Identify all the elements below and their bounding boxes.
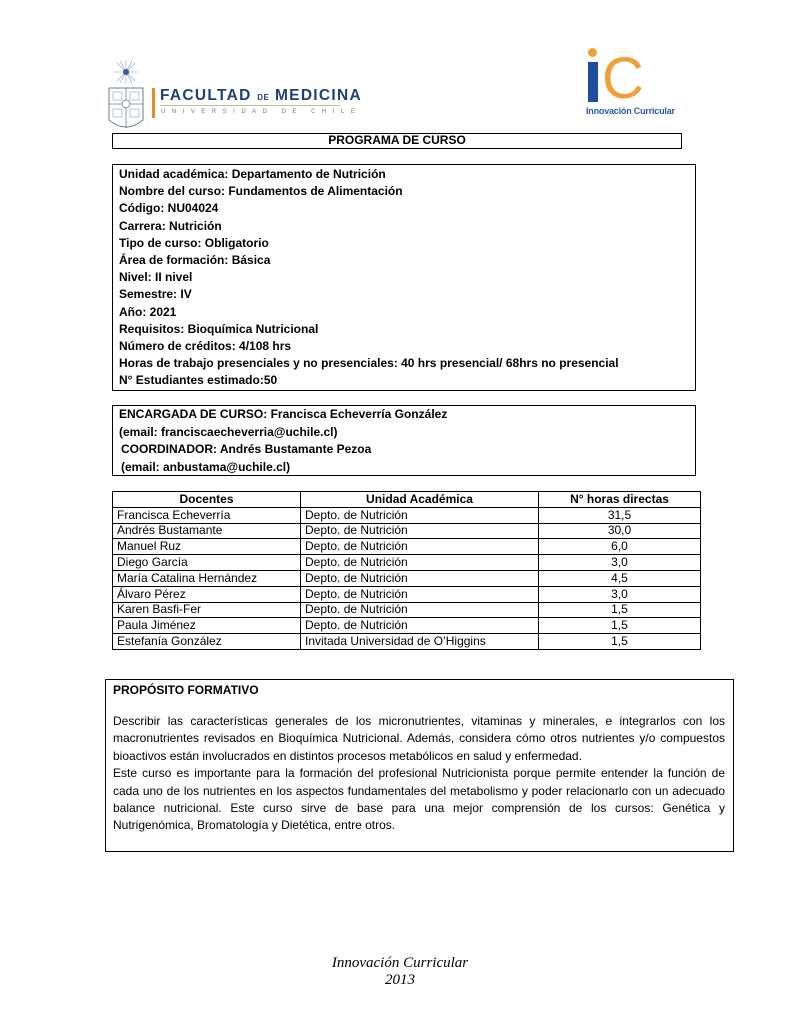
encargada-de-curso: ENCARGADA DE CURSO: Francisca Echeverría… [119, 406, 695, 424]
cell-docente: Andrés Bustamante [113, 523, 301, 539]
responsables-box: ENCARGADA DE CURSO: Francisca Echeverría… [112, 405, 696, 476]
info-semestre: Semestre: IV [119, 286, 695, 303]
cell-unidad: Depto. de Nutrición [301, 507, 539, 523]
cell-horas: 30,0 [539, 523, 701, 539]
course-info-box: Unidad académica: Departamento de Nutric… [112, 164, 696, 391]
info-carrera: Carrera: Nutrición [119, 218, 695, 235]
cell-unidad: Depto. de Nutrición [301, 602, 539, 618]
info-anio: Año: 2021 [119, 304, 695, 321]
cell-horas: 1,5 [539, 602, 701, 618]
proposito-text-2: Este curso es importante para la formaci… [113, 766, 725, 832]
cell-docente: Estefanía González [113, 634, 301, 650]
column-header-horas: N° horas directas [539, 492, 701, 508]
info-nivel: Nivel: II nivel [119, 269, 695, 286]
ic-logo-i-icon [588, 62, 598, 102]
info-area-formacion: Área de formación: Básica [119, 252, 695, 269]
cell-docente: Karen Basfi-Fer [113, 602, 301, 618]
cell-horas: 1,5 [539, 634, 701, 650]
cell-unidad: Invitada Universidad de O’Higgins [301, 634, 539, 650]
table-row: Karen Basfi-FerDepto. de Nutrición1,5 [113, 602, 701, 618]
logo-accent-bar [152, 88, 155, 118]
cell-docente: Álvaro Pérez [113, 586, 301, 602]
info-estudiantes: N° Estudiantes estimado:50 [119, 372, 695, 389]
proposito-heading: PROPÓSITO FORMATIVO [113, 682, 725, 699]
info-nombre-curso: Nombre del curso: Fundamentos de Aliment… [119, 183, 695, 200]
table-row: Diego GarcíaDepto. de Nutrición3,0 [113, 555, 701, 571]
cell-docente: Manuel Ruz [113, 539, 301, 555]
footer-year: 2013 [0, 972, 800, 989]
cell-docente: Diego García [113, 555, 301, 571]
university-name: UNIVERSIDAD DE CHILE [161, 109, 361, 115]
column-header-unidad: Unidad Académica [301, 492, 539, 508]
page-footer: Innovación Curricular 2013 [0, 955, 800, 989]
info-tipo-curso: Tipo de curso: Obligatorio [119, 235, 695, 252]
footer-line-1: Innovación Curricular [0, 955, 800, 972]
document-title: PROGRAMA DE CURSO [112, 133, 682, 149]
ic-logo-dot-icon [588, 48, 597, 57]
ic-logo-label: Innovación Curricular [586, 106, 675, 116]
coordinador-email: (email: anbustama@uchile.cl) [119, 459, 695, 477]
cell-unidad: Depto. de Nutrición [301, 523, 539, 539]
table-row: Manuel RuzDepto. de Nutrición6,0 [113, 539, 701, 555]
cell-unidad: Depto. de Nutrición [301, 618, 539, 634]
cell-docente: Paula Jiménez [113, 618, 301, 634]
faculty-name: FACULTAD DE MEDICINA [160, 87, 362, 105]
cell-unidad: Depto. de Nutrición [301, 586, 539, 602]
cell-horas: 6,0 [539, 539, 701, 555]
coordinador: COORDINADOR: Andrés Bustamante Pezoa [119, 441, 695, 459]
table-row: Francisca EcheverríaDepto. de Nutrición3… [113, 507, 701, 523]
cell-unidad: Depto. de Nutrición [301, 570, 539, 586]
table-row: María Catalina HernándezDepto. de Nutric… [113, 570, 701, 586]
cell-horas: 31,5 [539, 507, 701, 523]
innovacion-curricular-logo: C Innovación Curricular [578, 44, 670, 120]
faculty-logo: FACULTAD DE MEDICINA UNIVERSIDAD DE CHIL… [104, 58, 344, 134]
cell-horas: 3,0 [539, 586, 701, 602]
table-row: Estefanía GonzálezInvitada Universidad d… [113, 634, 701, 650]
proposito-formativo-box: PROPÓSITO FORMATIVO Describir las caract… [105, 679, 734, 852]
cell-docente: Francisca Echeverría [113, 507, 301, 523]
table-row: Álvaro PérezDepto. de Nutrición3,0 [113, 586, 701, 602]
table-row: Paula JiménezDepto. de Nutrición1,5 [113, 618, 701, 634]
cell-unidad: Depto. de Nutrición [301, 539, 539, 555]
info-unidad-academica: Unidad académica: Departamento de Nutric… [119, 166, 695, 183]
encargada-email: (email: franciscaecheverria@uchile.cl) [119, 424, 695, 442]
logo-divider [160, 105, 340, 106]
cell-horas: 4,5 [539, 570, 701, 586]
docentes-table: Docentes Unidad Académica N° horas direc… [112, 491, 701, 650]
info-creditos: Número de créditos: 4/108 hrs [119, 338, 695, 355]
proposito-paragraph: Describir las características generales … [113, 713, 725, 835]
cell-horas: 3,0 [539, 555, 701, 571]
cell-unidad: Depto. de Nutrición [301, 555, 539, 571]
info-horas-trabajo: Horas de trabajo presenciales y no prese… [119, 355, 695, 372]
info-requisitos: Requisitos: Bioquímica Nutricional [119, 321, 695, 338]
cell-docente: María Catalina Hernández [113, 570, 301, 586]
info-codigo: Código: NU04024 [119, 200, 695, 217]
table-header-row: Docentes Unidad Académica N° horas direc… [113, 492, 701, 508]
proposito-text-1: Describir las características generales … [113, 714, 725, 763]
cell-horas: 1,5 [539, 618, 701, 634]
ic-logo-c-icon: C [602, 54, 644, 104]
column-header-docentes: Docentes [113, 492, 301, 508]
table-row: Andrés BustamanteDepto. de Nutrición30,0 [113, 523, 701, 539]
university-crest-icon [106, 58, 146, 134]
